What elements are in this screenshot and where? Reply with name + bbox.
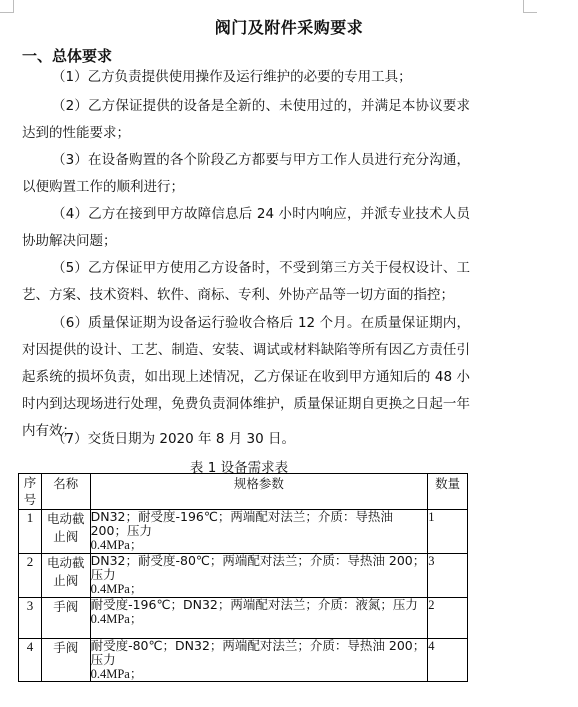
spec-line: 耐受度-196℃；DN32；两端配对法兰；介质：液氮；压力 — [91, 598, 428, 612]
section-heading: 一、总体要求 — [22, 45, 112, 66]
header-name: 名称 — [41, 474, 90, 510]
table-header-row: 序号 名称 规格参数 数量 — [19, 474, 468, 510]
cell-qty: 1 — [428, 510, 468, 554]
equipment-table: 序号 名称 规格参数 数量 1 电动截止阀 DN32；耐受度-196℃；两端配对… — [18, 473, 468, 682]
paragraph-7: （7）交货日期为 2020 年 8 月 30 日。 — [22, 426, 470, 453]
spec-line: DN32；耐受度-80℃；两端配对法兰；介质：导热油 200；压力 — [91, 554, 428, 582]
cell-spec: DN32；耐受度-80℃；两端配对法兰；介质：导热油 200；压力 0.4MPa… — [90, 554, 428, 598]
table-row: 1 电动截止阀 DN32；耐受度-196℃；两端配对法兰；介质：导热油 200；… — [19, 510, 468, 554]
paragraph-5: （5）乙方保证甲方使用乙方设备时，不受到第三方关于侵权设计、工艺、方案、技术资料… — [22, 255, 470, 309]
spec-line: 0.4MPa； — [91, 667, 428, 681]
crop-mark-top-left — [0, 0, 14, 13]
header-no: 序号 — [19, 474, 42, 510]
cell-spec: 耐受度-196℃；DN32；两端配对法兰；介质：液氮；压力 0.4MPa； — [90, 598, 428, 639]
paragraph-3: （3）在设备购置的各个阶段乙方都要与甲方工作人员进行充分沟通，以便购置工作的顺利… — [22, 147, 470, 201]
header-qty: 数量 — [428, 474, 468, 510]
cell-qty: 3 — [428, 554, 468, 598]
table-row: 3 手阀 耐受度-196℃；DN32；两端配对法兰；介质：液氮；压力 0.4MP… — [19, 598, 468, 639]
cell-no: 2 — [19, 554, 42, 598]
cell-spec: DN32；耐受度-196℃；两端配对法兰；介质：导热油 200；压力 0.4MP… — [90, 510, 428, 554]
cell-name: 手阀 — [41, 598, 90, 639]
paragraph-1: （1）乙方负责提供使用操作及运行维护的必要的专用工具； — [22, 64, 470, 91]
cell-no: 4 — [19, 639, 42, 682]
cell-name: 电动截止阀 — [41, 554, 90, 598]
cell-name: 手阀 — [41, 639, 90, 682]
paragraph-4: （4）乙方在接到甲方故障信息后 24 小时内响应，并派专业技术人员协助解决问题； — [22, 201, 470, 255]
spec-line: 0.4MPa； — [91, 582, 428, 596]
spec-line: DN32；耐受度-196℃；两端配对法兰；介质：导热油 200；压力 — [91, 510, 428, 538]
cell-qty: 4 — [428, 639, 468, 682]
cell-no: 3 — [19, 598, 42, 639]
spec-line: 0.4MPa； — [91, 612, 428, 626]
crop-mark-top-right — [523, 0, 537, 13]
table-row: 2 电动截止阀 DN32；耐受度-80℃；两端配对法兰；介质：导热油 200；压… — [19, 554, 468, 598]
paragraph-6: （6）质量保证期为设备运行验收合格后 12 个月。在质量保证期内，对因提供的设计… — [22, 310, 470, 445]
header-spec: 规格参数 — [90, 474, 428, 510]
cell-name: 电动截止阀 — [41, 510, 90, 554]
cell-spec: 耐受度-80℃；DN32；两端配对法兰；介质：导热油 200；压力 0.4MPa… — [90, 639, 428, 682]
document-title: 阀门及附件采购要求 — [0, 15, 578, 38]
cell-no: 1 — [19, 510, 42, 554]
paragraph-2: （2）乙方保证提供的设备是全新的、未使用过的，并满足本协议要求达到的性能要求； — [22, 93, 470, 147]
cell-qty: 2 — [428, 598, 468, 639]
spec-line: 耐受度-80℃；DN32；两端配对法兰；介质：导热油 200；压力 — [91, 639, 428, 667]
table-row: 4 手阀 耐受度-80℃；DN32；两端配对法兰；介质：导热油 200；压力 0… — [19, 639, 468, 682]
spec-line: 0.4MPa； — [91, 538, 428, 552]
